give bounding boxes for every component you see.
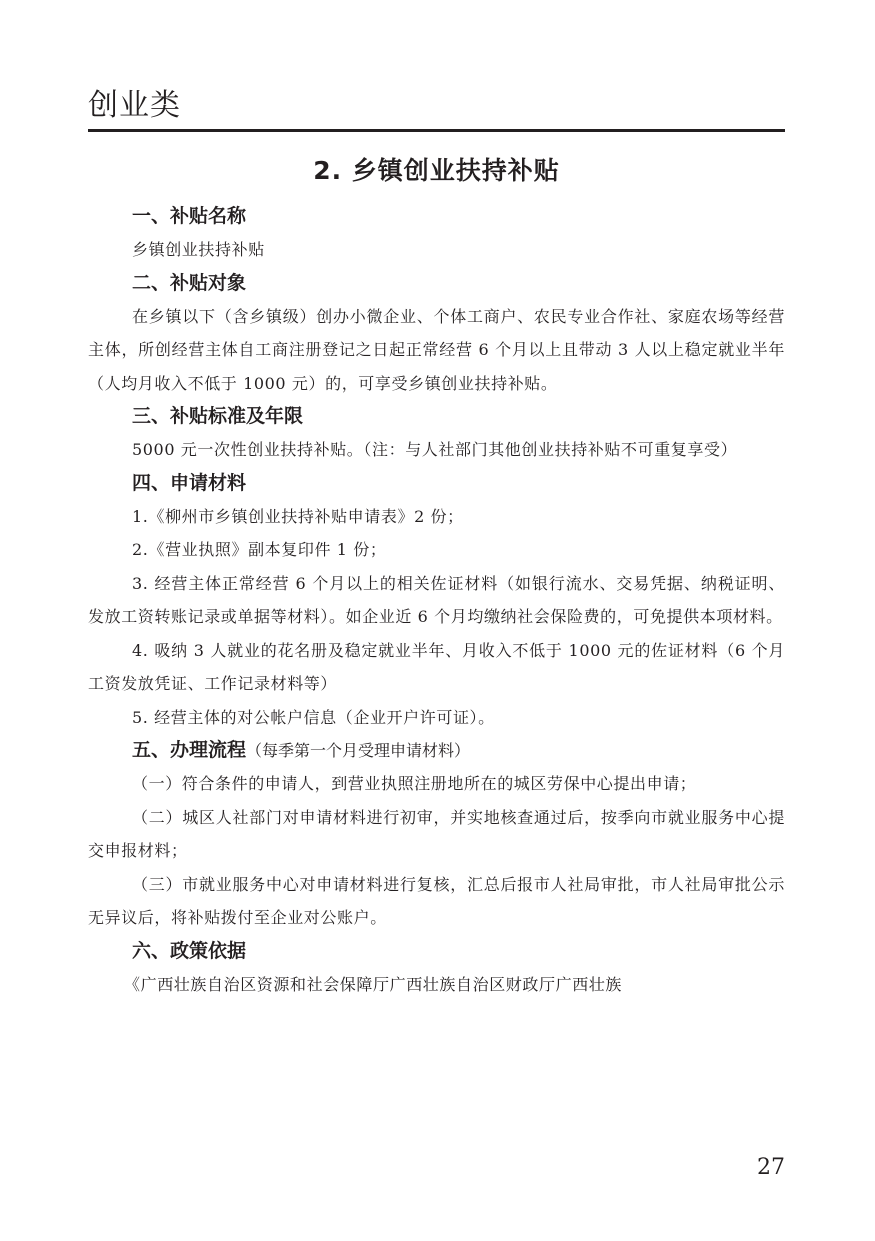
section-heading: 三、补贴标准及年限 [88, 400, 785, 433]
running-head: 创业类 [88, 86, 181, 126]
list-item: 3. 经营主体正常经营 6 个月以上的相关佐证材料（如银行流水、交易凭据、纳税证… [88, 567, 785, 634]
paragraph: 乡镇创业扶持补贴 [88, 233, 785, 267]
list-item: 2.《营业执照》副本复印件 1 份； [88, 533, 785, 567]
section-standard: 三、补贴标准及年限 5000 元一次性创业扶持补贴。（注：与人社部门其他创业扶持… [88, 400, 785, 467]
section-heading: 四、申请材料 [88, 467, 785, 500]
section-heading-text: 五、办理流程 [132, 739, 246, 761]
header-rule [88, 129, 785, 132]
list-item: 1.《柳州市乡镇创业扶持补贴申请表》2 份； [88, 500, 785, 534]
section-target: 二、补贴对象 在乡镇以下（含乡镇级）创办小微企业、个体工商户、农民专业合作社、家… [88, 267, 785, 401]
section-heading: 六、政策依据 [88, 935, 785, 968]
section-process: 五、办理流程（每季第一个月受理申请材料） （一）符合条件的申请人，到营业执照注册… [88, 734, 785, 935]
process-step: （一）符合条件的申请人，到营业执照注册地所在的城区劳保中心提出申请； [88, 767, 785, 801]
section-heading: 五、办理流程（每季第一个月受理申请材料） [88, 734, 785, 767]
section-heading: 二、补贴对象 [88, 267, 785, 300]
paragraph: 《广西壮族自治区资源和社会保障厅广西壮族自治区财政厅广西壮族 [88, 968, 785, 1002]
page-number: 27 [757, 1155, 785, 1180]
process-step: （三）市就业服务中心对申请材料进行复核，汇总后报市人社局审批，市人社局审批公示无… [88, 868, 785, 935]
paragraph: 在乡镇以下（含乡镇级）创办小微企业、个体工商户、农民专业合作社、家庭农场等经营主… [88, 300, 785, 401]
page-title: 2. 乡镇创业扶持补贴 [88, 152, 785, 190]
section-name: 一、补贴名称 乡镇创业扶持补贴 [88, 200, 785, 267]
section-heading-note: （每季第一个月受理申请材料） [246, 741, 470, 760]
list-item: 4. 吸纳 3 人就业的花名册及稳定就业半年、月收入不低于 1000 元的佐证材… [88, 634, 785, 701]
section-basis: 六、政策依据 《广西壮族自治区资源和社会保障厅广西壮族自治区财政厅广西壮族 [88, 935, 785, 1002]
process-step: （二）城区人社部门对申请材料进行初审，并实地核查通过后，按季向市就业服务中心提交… [88, 801, 785, 868]
section-heading: 一、补贴名称 [88, 200, 785, 233]
content-body: 一、补贴名称 乡镇创业扶持补贴 二、补贴对象 在乡镇以下（含乡镇级）创办小微企业… [88, 200, 785, 1001]
list-item: 5. 经营主体的对公帐户信息（企业开户许可证）。 [88, 701, 785, 735]
paragraph: 5000 元一次性创业扶持补贴。（注：与人社部门其他创业扶持补贴不可重复享受） [88, 433, 785, 467]
section-materials: 四、申请材料 1.《柳州市乡镇创业扶持补贴申请表》2 份； 2.《营业执照》副本… [88, 467, 785, 735]
